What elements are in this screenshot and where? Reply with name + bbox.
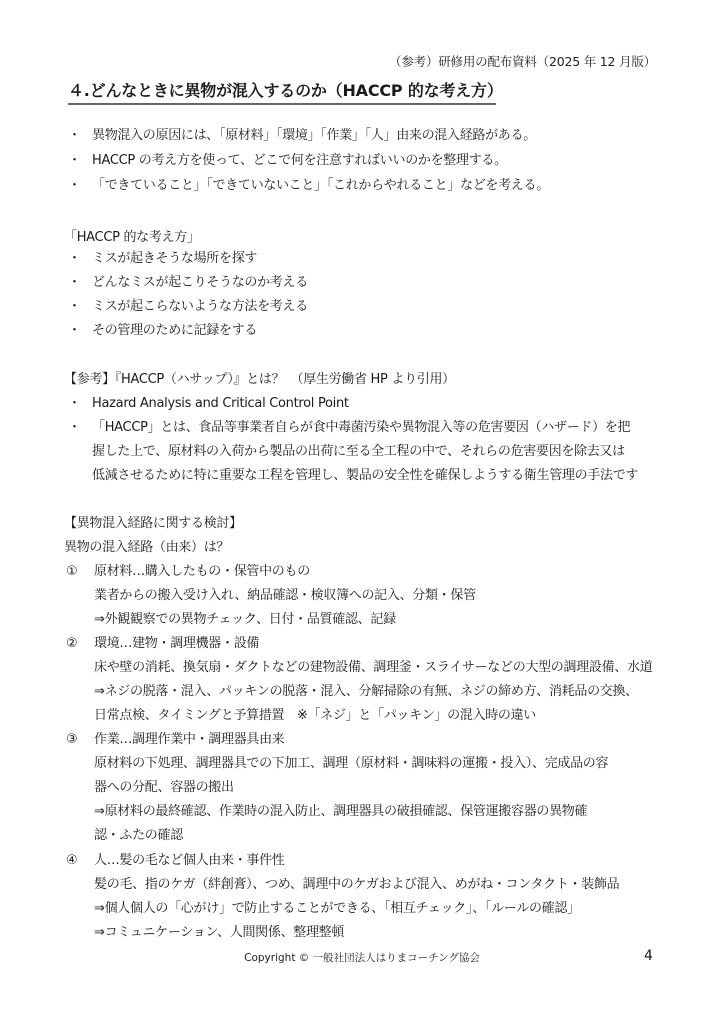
route-line: 髪の毛、指のケガ（絆創膏）、つめ、調理中のケガおよび混入、めがね・コンタクト・装…	[94, 875, 619, 895]
reference-text-line: 握した上で、原材料の入荷から製品の出荷に至る全工程の中で、それらの危害要因を除去…	[92, 442, 625, 462]
route-title: 原材料…購入したもの・保管中のもの	[94, 562, 310, 582]
route-title: 作業…調理作業中・調理器具由来	[94, 730, 285, 750]
intro-bullet: 異物混入の原因には、「原材料」「環境」「作業」「人」由来の混入経路がある。	[92, 126, 536, 146]
item-number: ②	[66, 634, 78, 654]
bullet-marker: ・	[68, 151, 81, 171]
bullet-marker: ・	[68, 249, 81, 269]
reference-heading: 【参考】『HACCP（ハサップ）』とは？ （厚生労働省 HP より引用）	[64, 370, 455, 390]
bullet-marker: ・	[68, 418, 81, 438]
thinking-bullet: ミスが起こらないような方法を考える	[92, 297, 308, 317]
routes-question: 異物の混入経路（由来）は？	[64, 538, 229, 558]
header-note: （参考）研修用の配布資料（2025 年 12 月版）	[389, 52, 656, 70]
reference-bullet: Hazard Analysis and Critical Control Poi…	[92, 394, 349, 414]
route-line: 器への分配、容器の搬出	[94, 778, 234, 798]
section-heading: 「HACCP 的な考え方」	[64, 228, 200, 248]
bullet-marker: ・	[68, 394, 81, 414]
page-number: 4	[644, 948, 653, 964]
thinking-bullet: どんなミスが起こりそうなのか考える	[92, 273, 308, 293]
route-line: ⇒個人個人の「心がけ」で防止することができる、「相互チェック」、「ルールの確認」	[94, 899, 580, 919]
copyright: Copyright © 一般社団法人はりまコーチング協会	[0, 950, 724, 965]
item-number: ④	[66, 851, 78, 871]
intro-bullet: 「できていること」「できていないこと」「これからやれること」などを考える。	[92, 176, 549, 196]
route-line: 業者からの搬入受け入れ、納品確認・検収簿への記入、分類・保管	[94, 586, 476, 606]
route-line: ⇒コミュニケーション、人間関係、整理整頓	[94, 923, 344, 943]
bullet-marker: ・	[68, 273, 81, 293]
page-title: ４.どんなときに異物が混入するのか（HACCP 的な考え方）	[68, 78, 496, 105]
intro-bullet: HACCP の考え方を使って、どこで何を注意すればいいのかを整理する。	[92, 151, 507, 171]
route-line: 原材料の下処理、調理器具での下加工、調理（原材料・調味料の運搬・投入）、完成品の…	[94, 754, 608, 774]
bullet-marker: ・	[68, 176, 81, 196]
route-title: 人…髪の毛など個人由来・事件性	[94, 851, 285, 871]
reference-text-line: 低減させるために特に重要な工程を管理し、製品の安全性を確保しようする衛生管理の手…	[92, 466, 638, 486]
bullet-marker: ・	[68, 321, 81, 341]
route-line: 床や壁の消耗、換気扇・ダクトなどの建物設備、調理釜・スライサーなどの大型の調理設…	[94, 658, 652, 678]
route-title: 環境…建物・調理機器・設備	[94, 634, 259, 654]
route-line: ⇒原材料の最終確認、作業時の混入防止、調理器具の破損確認、保管運搬容器の異物確	[94, 802, 587, 822]
route-line: ⇒ネジの脱落・混入、パッキンの脱落・混入、分解掃除の有無、ネジの締め方、消耗品の…	[94, 682, 638, 702]
reference-text-line: 「HACCP」とは、食品等事業者自らが食中毒菌汚染や異物混入等の危害要因（ハザー…	[92, 418, 630, 438]
bullet-marker: ・	[68, 126, 81, 146]
thinking-bullet: その管理のために記録をする	[92, 321, 257, 341]
route-line: 認・ふたの確認	[94, 826, 183, 846]
route-line: 日常点検、タイミングと予算措置 ※「ネジ」と「パッキン」の混入時の違い	[94, 706, 536, 726]
bullet-marker: ・	[68, 297, 81, 317]
routes-heading: 【異物混入経路に関する検討】	[64, 514, 242, 534]
item-number: ③	[66, 730, 78, 750]
item-number: ①	[66, 562, 78, 582]
route-line: ⇒外観観察での異物チェック、日付・品質確認、記録	[94, 610, 396, 630]
thinking-bullet: ミスが起きそうな場所を探す	[92, 249, 257, 269]
